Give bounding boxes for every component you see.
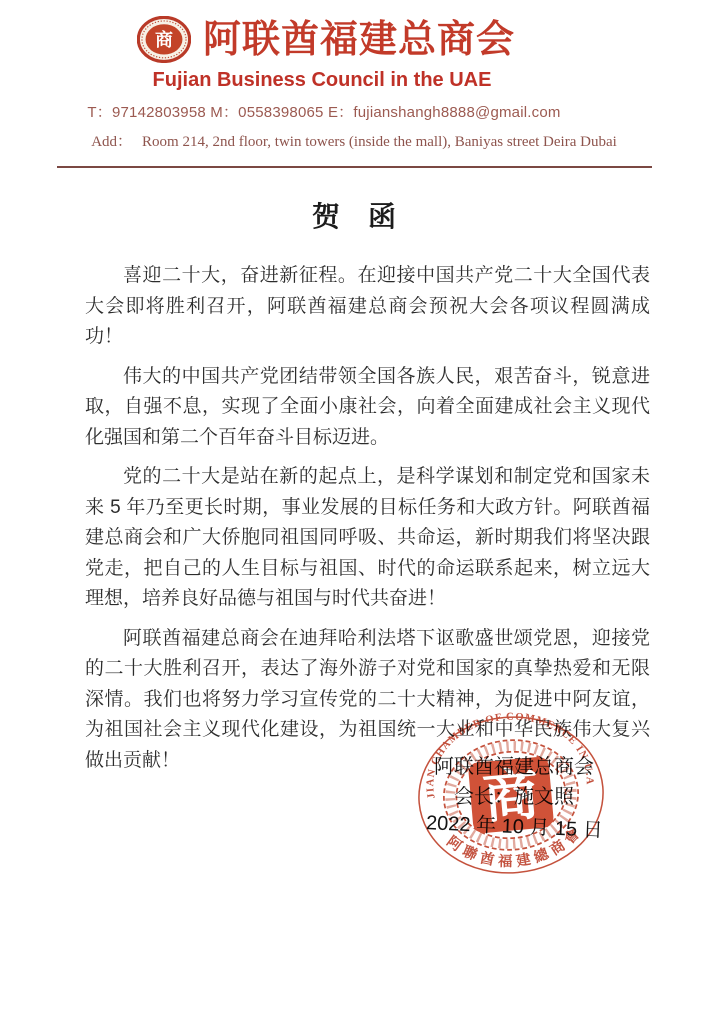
contact-line: T：97142803958 M：0558398065 E：fujianshang… xyxy=(0,101,678,122)
signature-block: 阿联酋福建总商会 会长：施文照 2022 年 10 月 15 日 xyxy=(398,752,630,842)
org-logo-icon: 商 xyxy=(137,16,191,64)
signature-org: 阿联酋福建总商会 xyxy=(398,752,630,782)
letter-body: 喜迎二十大，奋进新征程。在迎接中国共产党二十大全国代表大会即将胜利召开，阿联酋福… xyxy=(85,261,650,776)
signature-date: 2022 年 10 月 15 日 xyxy=(425,808,603,846)
paragraph-3: 党的二十大是站在新的起点上，是科学谋划和制定党和国家未来 5 年乃至更长时期，事… xyxy=(85,462,650,615)
org-name-chinese: 阿联酋福建总商会 xyxy=(203,17,515,63)
logo-center-glyph: 商 xyxy=(155,29,173,50)
org-name-english: Fujian Business Council in the UAE xyxy=(0,69,676,92)
letter-page: 商 阿联酋福建总商会 Fujian Business Council in th… xyxy=(0,0,708,1024)
letter-content: 贺 函 喜迎二十大，奋进新征程。在迎接中国共产党二十大全国代表大会即将胜利召开，… xyxy=(0,195,708,776)
header-divider xyxy=(57,166,652,168)
address-label: Add： xyxy=(91,134,132,150)
brand-row: 商 阿联酋福建总商会 xyxy=(0,15,680,65)
address-text: Room 214, 2nd floor, twin towers (inside… xyxy=(142,134,617,150)
letter-title: 贺 函 xyxy=(0,195,708,235)
letterhead: 商 阿联酋福建总商会 Fujian Business Council in th… xyxy=(0,0,708,151)
paragraph-1: 喜迎二十大，奋进新征程。在迎接中国共产党二十大全国代表大会即将胜利召开，阿联酋福… xyxy=(85,261,650,353)
paragraph-2: 伟大的中国共产党团结带领全国各族人民，艰苦奋斗，锐意进取，自强不息，实现了全面小… xyxy=(85,362,650,454)
address-line: Add：Room 214, 2nd floor, twin towers (in… xyxy=(0,130,708,151)
